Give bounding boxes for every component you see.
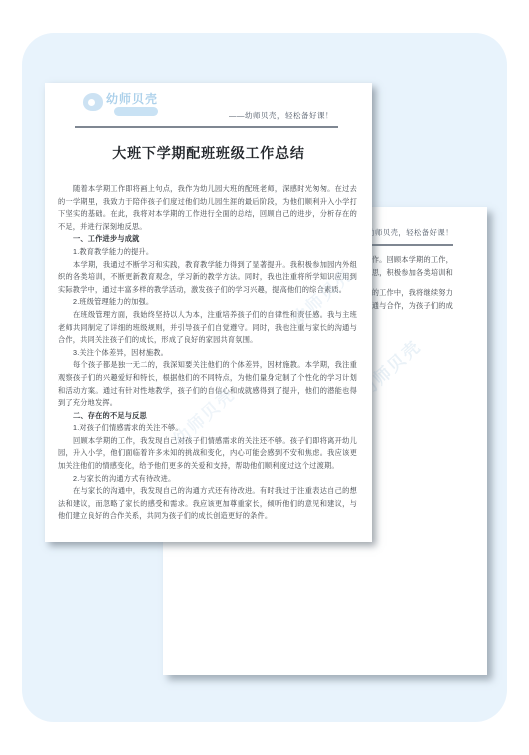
header-tagline: ——幼师贝壳，轻松备好课！ <box>229 110 333 121</box>
sub-heading: 3.关注个体差异，因材施教。 <box>58 347 357 360</box>
body-paragraph: 在班级管理方面，我始终坚持以人为本，注重培养孩子们的自律性和责任感。我与主班老师… <box>58 309 357 347</box>
document-body: 随着本学期工作即将画上句点，我作为幼儿园大班的配班老师，深感时光匆匆。在过去的一… <box>58 183 357 523</box>
sub-heading: 2.与家长的沟通方式有待改进。 <box>58 473 357 486</box>
sub-heading: 1.对孩子们情感需求的关注不够。 <box>58 422 357 435</box>
body-paragraph: 回顾本学期的工作，我发现自己对孩子们情感需求的关注还不够。孩子们即将离开幼儿园，… <box>58 435 357 473</box>
section-heading: 一、工作进步与成就 <box>58 233 357 246</box>
sub-heading: 1.教育教学能力的提升。 <box>58 246 357 259</box>
body-paragraph: 本学期，我通过不断学习和实践，教育教学能力得到了显著提升。我积极参加园内外组织的… <box>58 259 357 297</box>
logo-badge <box>114 107 158 116</box>
sub-heading: 2.班级管理能力的加强。 <box>58 296 357 309</box>
logo-brand-text: 幼师贝壳 <box>106 93 158 106</box>
document-title: 大班下学期配班班级工作总结 <box>45 143 372 163</box>
shell-cloud-icon <box>83 93 103 111</box>
brand-logo: 幼师贝壳 <box>83 93 158 116</box>
section-heading: 二、存在的不足与反思 <box>58 410 357 423</box>
body-paragraph: 在与家长的沟通中，我发现自己的沟通方式还有待改进。有时我过于注重表达自己的想法和… <box>58 485 357 523</box>
body-paragraph: 随着本学期工作即将画上句点，我作为幼儿园大班的配班老师，深感时光匆匆。在过去的一… <box>58 183 357 233</box>
document-page-1: 幼师贝壳 ——幼师贝壳，轻松备好课！ 大班下学期配班班级工作总结 随着本学期工作… <box>45 83 372 542</box>
header-rule <box>75 126 338 128</box>
body-paragraph: 每个孩子都是独一无二的，我深知要关注他们的个体差异，因材施教。本学期，我注重观察… <box>58 359 357 409</box>
